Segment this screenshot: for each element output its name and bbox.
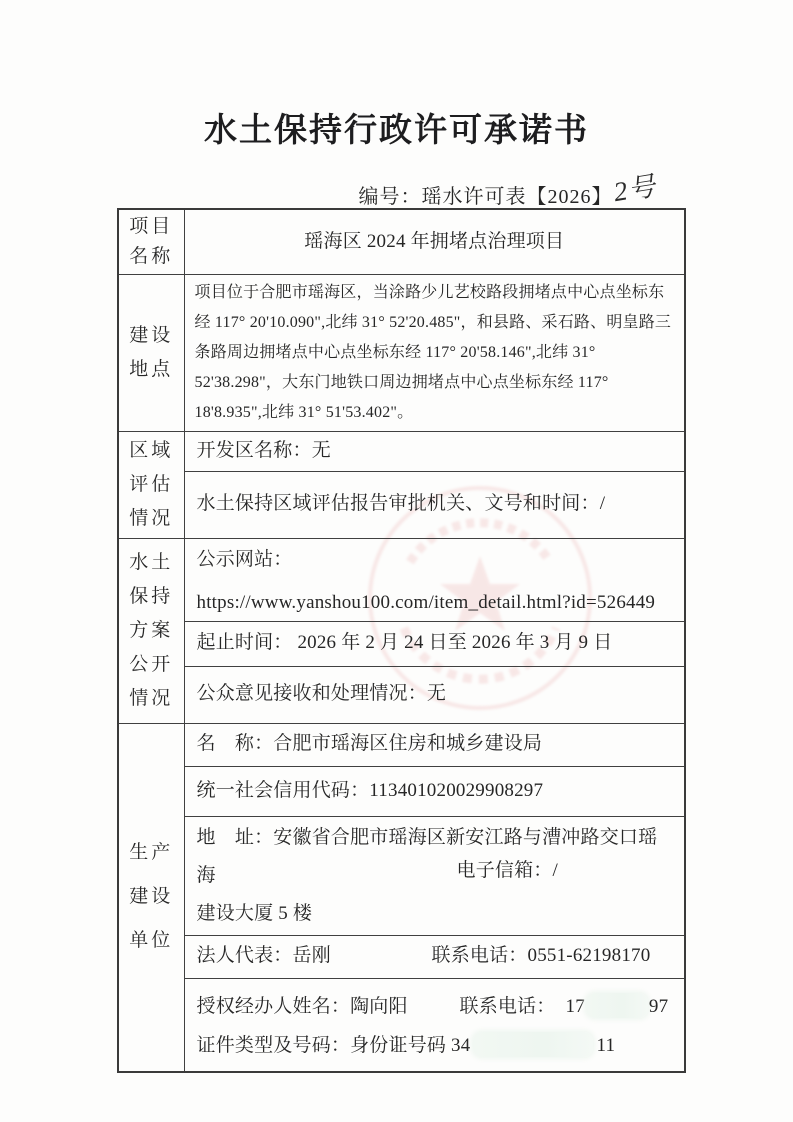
dev-zone-value: 开发区名称：无 xyxy=(184,431,685,471)
agent-phone-label: 联系电话： xyxy=(460,996,556,1017)
publicity-site-cell: 公示网站： https://www.yanshou100.com/item_de… xyxy=(184,538,685,621)
legal-rep-value: 法人代表：岳刚 xyxy=(197,945,331,966)
agent-name-line: 授权经办人姓名：陶向阳 联系电话：1797 xyxy=(197,987,673,1026)
table-row: 地 址：安徽省合肥市瑶海区新安江路与漕冲路交口瑶海 建设大厦 5 楼 电子信箱：… xyxy=(118,816,685,935)
table-row: 区域 评估 情况 开发区名称：无 xyxy=(118,431,685,471)
table-row: 起止时间： 2026 年 2 月 24 日至 2026 年 3 月 9 日 xyxy=(118,621,685,666)
page-number: 1 xyxy=(0,1033,793,1051)
project-name-value: 瑶海区 2024 年拥堵点治理项目 xyxy=(184,209,685,274)
publicity-opinions-value: 公众意见接收和处理情况：无 xyxy=(184,666,685,723)
location-label: 建设 地点 xyxy=(118,274,184,431)
publicity-site-label: 公示网站： xyxy=(197,546,673,575)
owner-agent-cell: 授权经办人姓名：陶向阳 联系电话：1797 证件类型及号码：身份证号码 3411 xyxy=(184,978,685,1072)
legal-phone-value: 联系电话：0551-62198170 xyxy=(432,942,651,971)
location-value: 项目位于合肥市瑶海区，当涂路少儿艺校路段拥堵点中心点坐标东经 117° 20'1… xyxy=(184,274,685,431)
phone-redaction-patch xyxy=(586,993,648,1018)
region-report-value: 水土保持区域评估报告审批机关、文号和时间：/ xyxy=(184,471,685,538)
table-row: 水土 保持 方案 公开 情况 公示网站： https://www.yanshou… xyxy=(118,538,685,621)
publicity-duration-value: 起止时间： 2026 年 2 月 24 日至 2026 年 3 月 9 日 xyxy=(184,621,685,666)
document-title: 水土保持行政许可承诺书 xyxy=(0,104,793,151)
publicity-site-url: https://www.yanshou100.com/item_detail.h… xyxy=(197,589,673,618)
owner-address-value: 地 址：安徽省合肥市瑶海区新安江路与漕冲路交口瑶海 建设大厦 5 楼 xyxy=(197,819,673,933)
table-row: 授权经办人姓名：陶向阳 联系电话：1797 证件类型及号码：身份证号码 3411 xyxy=(118,978,685,1072)
agent-phone-group: 联系电话：1797 xyxy=(460,987,669,1026)
agent-phone-prefix: 17 xyxy=(566,996,585,1017)
table-row: 生产 建设 单位 名 称：合肥市瑶海区住房和城乡建设局 xyxy=(118,723,685,766)
table-row: 项目 名称 瑶海区 2024 年拥堵点治理项目 xyxy=(118,209,685,274)
table-row: 统一社会信用代码：113401020029908297 xyxy=(118,766,685,816)
owner-legal-cell: 法人代表：岳刚 联系电话：0551-62198170 xyxy=(184,935,685,978)
agent-name-value: 授权经办人姓名：陶向阳 xyxy=(197,996,408,1017)
project-name-label: 项目 名称 xyxy=(118,209,184,274)
owner-email-value: 电子信箱：/ xyxy=(457,857,558,886)
table-row: 水土保持区域评估报告审批机关、文号和时间：/ xyxy=(118,471,685,538)
document-number-handwritten: 2号 xyxy=(610,164,658,209)
owner-credit-code-value: 统一社会信用代码：113401020029908297 xyxy=(184,766,685,816)
scanned-document-page: 水土保持行政许可承诺书 编号：瑶水许可表【2026】2号 项目 名称 瑶海区 2… xyxy=(0,0,793,1122)
document-number: 编号：瑶水许可表【2026】2号 xyxy=(0,172,656,211)
owner-name-value: 名 称：合肥市瑶海区住房和城乡建设局 xyxy=(184,723,685,766)
region-eval-label: 区域 评估 情况 xyxy=(118,431,184,538)
table-row: 公众意见接收和处理情况：无 xyxy=(118,666,685,723)
publicity-label: 水土 保持 方案 公开 情况 xyxy=(118,538,184,723)
permit-table: 项目 名称 瑶海区 2024 年拥堵点治理项目 建设 地点 项目位于合肥市瑶海区… xyxy=(117,208,686,1073)
owner-label: 生产 建设 单位 xyxy=(118,723,184,1072)
agent-phone-suffix: 97 xyxy=(649,996,668,1017)
table-row: 建设 地点 项目位于合肥市瑶海区，当涂路少儿艺校路段拥堵点中心点坐标东经 117… xyxy=(118,274,685,431)
table-row: 法人代表：岳刚 联系电话：0551-62198170 xyxy=(118,935,685,978)
owner-address-cell: 地 址：安徽省合肥市瑶海区新安江路与漕冲路交口瑶海 建设大厦 5 楼 电子信箱：… xyxy=(184,816,685,935)
document-number-printed: 编号：瑶水许可表【2026】 xyxy=(359,186,613,208)
